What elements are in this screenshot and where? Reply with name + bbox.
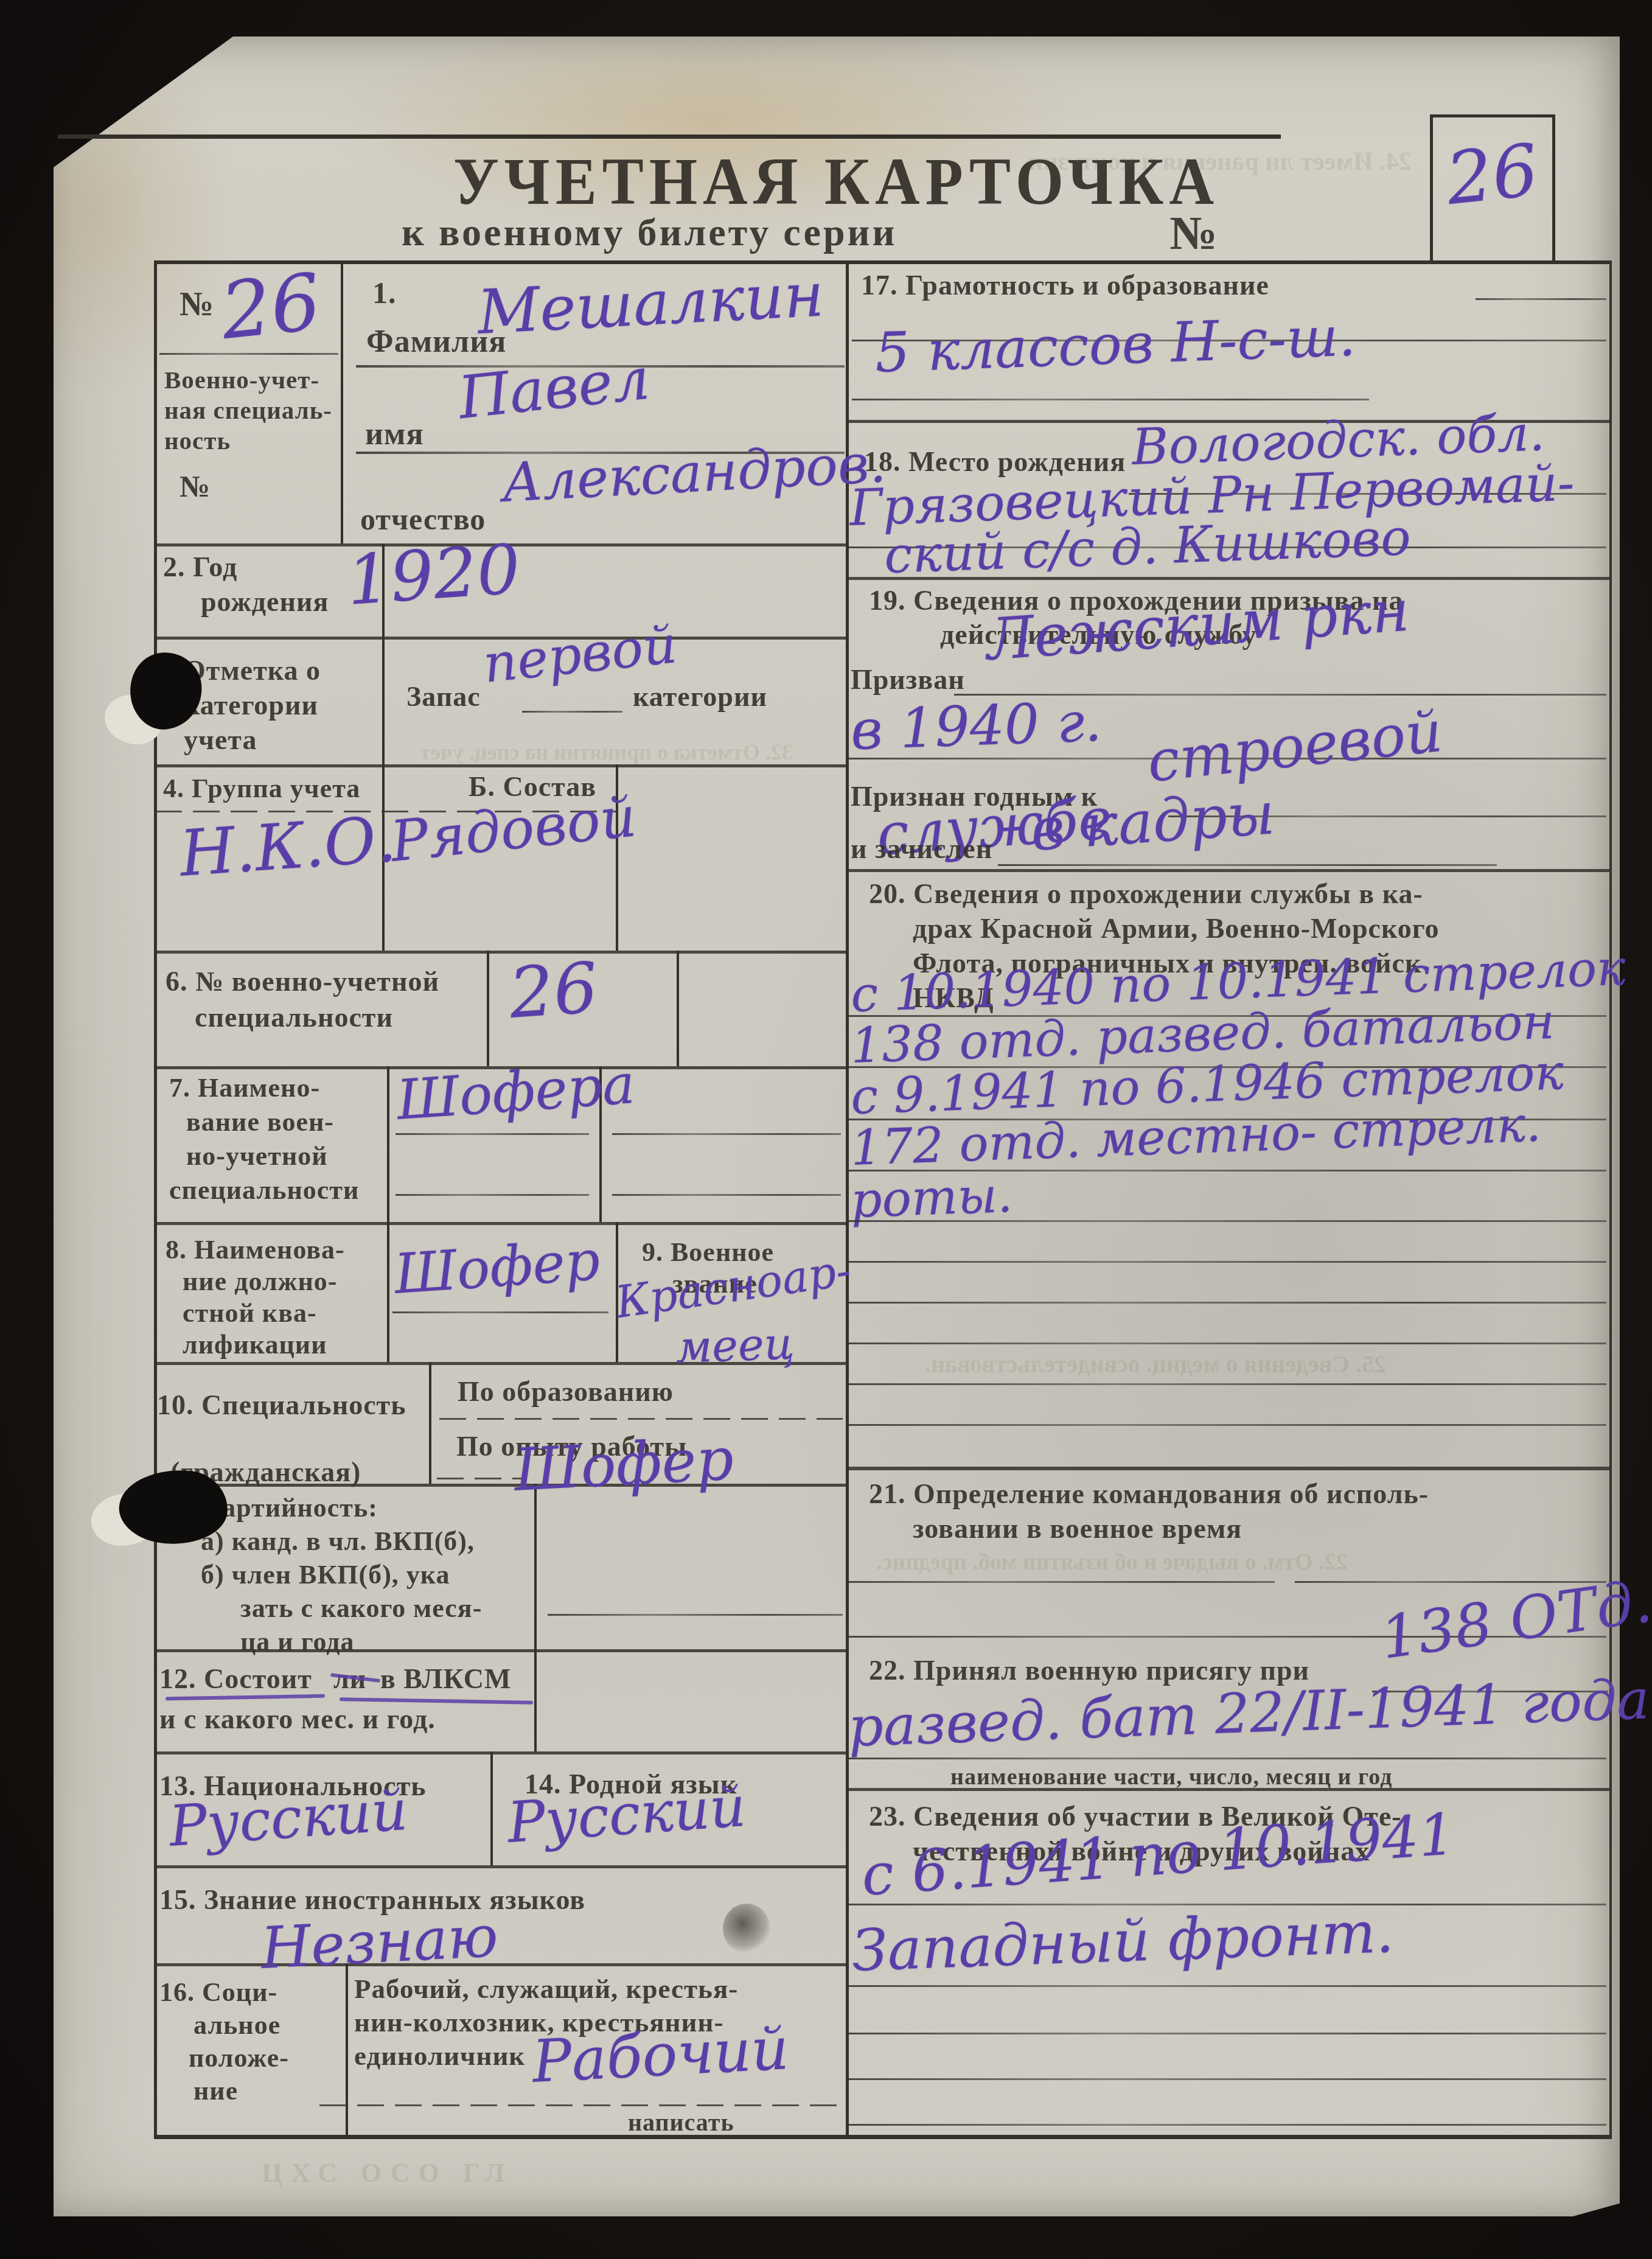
- row-separator: [155, 951, 846, 954]
- field6-label-line1: 6. № военно-учетной: [166, 965, 439, 997]
- field19-zachislen-label: и зачислен: [851, 833, 992, 865]
- reg-number-label: №: [179, 285, 214, 324]
- cell-divider: [387, 1222, 389, 1362]
- field10-edu-label: По образованию: [458, 1375, 674, 1408]
- vus-label-line2: ная специаль-: [164, 396, 332, 425]
- field7-label-line2: вание воен-: [186, 1106, 334, 1137]
- field3-kategorii-label: категории: [633, 680, 767, 713]
- cell-divider: [490, 1751, 493, 1865]
- cell-divider: [534, 1484, 537, 1751]
- field8-label-line4: лификации: [183, 1329, 327, 1360]
- field17-label: 17. Грамотность и образование: [861, 269, 1269, 301]
- series-number-sign: №: [1169, 206, 1218, 260]
- field12-line1c: в ВЛКСМ: [380, 1663, 511, 1695]
- blank-rule: [849, 2033, 1606, 2034]
- cell-divider: [346, 1963, 348, 2136]
- field16-label-line1: 16. Соци-: [159, 1977, 277, 2008]
- cell-divider: [387, 1066, 389, 1222]
- field19-rule: [998, 864, 1497, 866]
- reg-number-value: 26: [217, 257, 325, 357]
- bleed-through-text: 22. Отм. о выдаче и об изъятии моб. пред…: [876, 1549, 1348, 1576]
- field2-label-line2: рождения: [201, 585, 329, 618]
- header-top-rule: [58, 134, 1281, 139]
- reg-rule: [159, 353, 338, 355]
- field20-hw-line5: роты.: [850, 1167, 1014, 1229]
- blank-rule: [849, 1424, 1606, 1426]
- field22-caption: наименование части, число, месяц и год: [950, 1764, 1392, 1790]
- bleed-through-text: 32. Отметка о принятии на спец. учет: [420, 739, 793, 765]
- field21-label-line1: 21. Определение командования об исполь-: [869, 1478, 1429, 1510]
- corner-box-left: [1430, 114, 1433, 264]
- table-right-border: [1609, 260, 1612, 2139]
- field11-line2: а) канд. в чл. ВКП(б),: [201, 1526, 475, 1557]
- field16-label-line2: альное: [193, 2009, 281, 2041]
- field3-rule: [522, 711, 622, 713]
- field8-label-line1: 8. Наименова-: [166, 1234, 345, 1265]
- table-bottom-border: [154, 2135, 1612, 2139]
- corner-box-right: [1552, 114, 1555, 264]
- field10-value: Шофер: [512, 1425, 735, 1504]
- field16-options-line1: Рабочий, служащий, крестья-: [354, 1973, 738, 2005]
- field11-rule: [548, 1614, 843, 1616]
- cell-divider: [487, 951, 489, 1066]
- vus-label-line1: Военно-учет-: [164, 365, 319, 394]
- blank-rule: [849, 1302, 1606, 1304]
- field23-rule: [847, 1985, 1606, 1987]
- card-subtitle: к военному билету серии: [402, 210, 897, 255]
- cell-divider: [341, 260, 343, 543]
- field20-label-line2: драх Красной Армии, Военно-Морского: [913, 912, 1440, 944]
- field12-line2: и с какого мес. и год.: [159, 1703, 436, 1735]
- field11-line3: б) член ВКП(б), ука: [201, 1559, 450, 1590]
- field16-value: Рабочий: [531, 2014, 790, 2096]
- cell-divider: [429, 1362, 431, 1484]
- field20-label-line1: 20. Сведения о прохождении службы в ка-: [869, 878, 1423, 910]
- field7-label-line3: но-учетной: [186, 1140, 328, 1171]
- field1-patronymic-label: отчество: [360, 501, 486, 537]
- field16-caption: написать: [628, 2108, 734, 2137]
- field7-rule: [396, 1133, 589, 1135]
- field22-rule: [847, 1758, 1606, 1759]
- field21-label-line2: зовании в военное время: [913, 1512, 1242, 1545]
- field8-label-line2: ние должно-: [183, 1266, 338, 1297]
- field4-value: Н.К.О.: [177, 801, 398, 891]
- field7-label-line1: 7. Наимено-: [169, 1072, 320, 1103]
- blank-rule: [849, 1383, 1606, 1385]
- field12-line1a: 12. Состоит: [159, 1663, 312, 1695]
- field7-rule: [612, 1194, 841, 1196]
- row-separator: [155, 1963, 846, 1966]
- field15-value: Незнаю: [259, 1904, 500, 1982]
- field7-rule: [396, 1194, 589, 1196]
- field17-rule: [1476, 298, 1606, 300]
- table-top-border: [154, 260, 1612, 264]
- blank-rule: [849, 2078, 1606, 2080]
- field3-label-line1: Отметка о: [184, 654, 321, 686]
- field19-prizvan-label: Призван: [851, 663, 965, 696]
- row-separator: [155, 1751, 846, 1754]
- field17-rule: [852, 399, 1369, 400]
- corner-box-top: [1430, 114, 1555, 117]
- row-separator: [155, 1865, 846, 1868]
- field21-rule: [849, 1581, 1275, 1583]
- field4-label: 4. Группа учета: [163, 773, 360, 804]
- row-separator: [847, 577, 1609, 580]
- table-center-divider: [846, 260, 849, 2139]
- field10-label-line1: 10. Специальность: [157, 1389, 406, 1421]
- field8-rule: [392, 1311, 608, 1313]
- field16-label-line4: ние: [193, 2075, 238, 2106]
- field19-prizvan-value2: в 1940 г.: [849, 690, 1103, 763]
- scanned-card: УЧЕТНАЯ КАРТОЧКА к военному билету серии…: [0, 0, 1652, 2259]
- reg-number2-label: №: [179, 469, 211, 504]
- field10-rule: [437, 1478, 525, 1479]
- blank-rule: [849, 1342, 1606, 1344]
- field7-rule: [612, 1133, 841, 1135]
- field6-value: 26: [507, 947, 601, 1034]
- table-left-border: [154, 260, 157, 2139]
- field2-value: 1920: [344, 529, 523, 621]
- field16-label-line3: положе-: [189, 2042, 289, 2073]
- field3-label-line3: учета: [184, 724, 257, 756]
- field7-label-line4: специальности: [169, 1175, 359, 1206]
- corner-number: 26: [1443, 128, 1542, 221]
- field10-rule: [439, 1418, 843, 1420]
- row-separator: [847, 869, 1609, 872]
- row-separator: [847, 1467, 1609, 1470]
- field11-line4: зать с какого меся-: [240, 1593, 482, 1624]
- blank-rule: [849, 1261, 1606, 1263]
- field16-options-line3: единоличник: [354, 2040, 525, 2072]
- field8-label-line3: стной ква-: [183, 1297, 317, 1329]
- bleed-through-text: ЦХС ОСО ГЛ: [262, 2157, 513, 2188]
- row-separator: [155, 1222, 846, 1225]
- bleed-through-text: 25. Сведения о медиц. освидетельствован.: [925, 1350, 1386, 1378]
- field1-name-label: имя: [365, 416, 424, 452]
- field20-rule: [849, 1220, 1606, 1222]
- field3-zapas-label: Запас: [406, 680, 481, 713]
- field6-label-line2: специальности: [195, 1001, 393, 1033]
- vus-label-line3: ность: [164, 426, 231, 455]
- field2-label-line1: 2. Год: [163, 551, 237, 583]
- blank-rule: [849, 2124, 1606, 2126]
- field1-number: 1.: [372, 275, 397, 310]
- cell-divider: [677, 951, 679, 1066]
- bleed-through-text: 24. Имеет ли ранения и контузии: [1028, 147, 1412, 176]
- row-separator: [847, 1788, 1609, 1791]
- field16-rule: [319, 2104, 843, 2106]
- ink-smudge: [723, 1904, 770, 1953]
- field9-value-line2: меец: [675, 1318, 795, 1373]
- field11-line5: ца и года: [240, 1626, 355, 1657]
- field3-label-line2: категории: [184, 689, 318, 721]
